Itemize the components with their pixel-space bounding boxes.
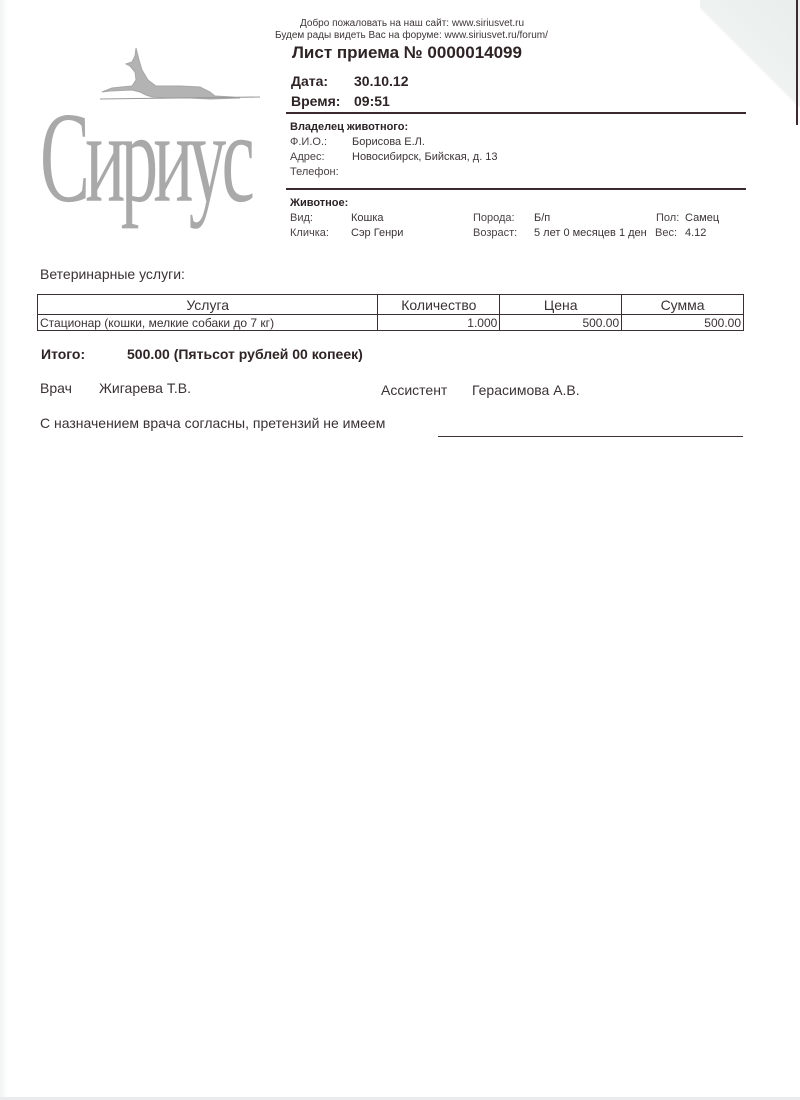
owner-address-value: Новосибирск, Бийская, д. 13 xyxy=(352,151,498,163)
animal-species-label: Вид: xyxy=(290,212,313,224)
animal-sex-value: Самец xyxy=(685,212,719,224)
date-value: 30.10.12 xyxy=(354,73,409,89)
table-row: Стационар (кошки, мелкие собаки до 7 кг)… xyxy=(38,315,744,331)
signature-line xyxy=(438,436,743,437)
doctor-value: Жигарева Т.В. xyxy=(99,380,191,396)
total-label: Итого: xyxy=(41,346,85,362)
animal-nickname-value: Сэр Генри xyxy=(351,227,403,239)
animal-nickname-label: Кличка: xyxy=(290,227,329,239)
time-value: 09:51 xyxy=(354,93,390,109)
logo-text: Сириус xyxy=(40,82,250,232)
services-table: Услуга Количество Цена Сумма Стационар (… xyxy=(37,294,744,331)
animal-weight-label: Вес: xyxy=(655,227,677,239)
owner-name-label: Ф.И.О.: xyxy=(290,136,327,148)
assistant-value: Герасимова А.В. xyxy=(472,382,580,398)
column-header-quantity: Количество xyxy=(378,295,500,315)
column-header-service: Услуга xyxy=(38,295,378,315)
owner-name-value: Борисова Е.Л. xyxy=(352,136,425,148)
animal-breed-value: Б/п xyxy=(534,212,550,224)
sum-cell: 500.00 xyxy=(622,315,744,331)
doctor-label: Врач xyxy=(40,380,72,396)
welcome-line-1: Добро пожаловать на наш сайт: www.sirius… xyxy=(300,18,524,29)
animal-breed-label: Порода: xyxy=(473,212,515,224)
animal-sex-label: Пол: xyxy=(656,212,679,224)
animal-species-value: Кошка xyxy=(351,212,384,224)
animal-weight-value: 4.12 xyxy=(685,227,706,239)
divider-top xyxy=(286,112,746,114)
owner-address-label: Адрес: xyxy=(290,151,325,163)
column-header-price: Цена xyxy=(500,295,622,315)
animal-age-value: 5 лет 0 месяцев 1 ден xyxy=(534,227,647,239)
quantity-cell: 1.000 xyxy=(378,315,500,331)
document-title: Лист приема № 0000014099 xyxy=(292,43,522,63)
welcome-line-2: Будем рады видеть Вас на форуме: www.sir… xyxy=(275,30,548,41)
scan-edge xyxy=(0,0,8,1100)
animal-heading: Животное: xyxy=(290,197,348,209)
time-label: Время: xyxy=(291,93,340,109)
agreement-text: С назначением врача согласны, претензий … xyxy=(40,415,385,431)
owner-phone-label: Телефон: xyxy=(290,166,339,178)
scan-corner-fold xyxy=(700,0,800,120)
services-header-row: Услуга Количество Цена Сумма xyxy=(38,295,744,315)
clinic-logo: Сириус xyxy=(40,40,275,240)
column-header-sum: Сумма xyxy=(622,295,744,315)
price-cell: 500.00 xyxy=(500,315,622,331)
assistant-label: Ассистент xyxy=(381,382,447,398)
divider-middle xyxy=(286,188,746,190)
owner-heading: Владелец животного: xyxy=(290,121,408,133)
services-title: Ветеринарные услуги: xyxy=(40,266,185,282)
scan-right-edge xyxy=(796,0,798,125)
total-value: 500.00 (Пятьсот рублей 00 копеек) xyxy=(127,346,363,362)
animal-age-label: Возраст: xyxy=(473,227,517,239)
date-label: Дата: xyxy=(291,73,328,89)
service-cell: Стационар (кошки, мелкие собаки до 7 кг) xyxy=(38,315,378,331)
